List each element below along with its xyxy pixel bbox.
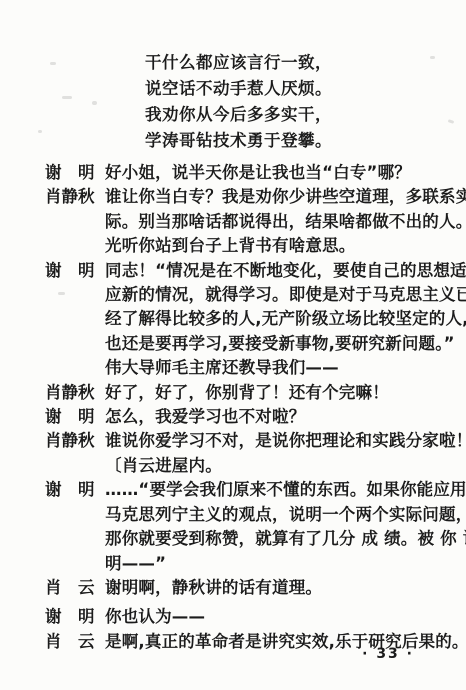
speech-line: 谁说你爱学习不对，是说你把理论和实践分家啦！ xyxy=(105,429,456,453)
speaker-name: 谢 明 xyxy=(45,161,95,185)
speech-line: ……“要学会我们原来不懂的东西。如果你能应用 xyxy=(105,478,456,502)
dialogue-row: 肖静秋谁说你爱学习不对，是说你把理论和实践分家啦！ xyxy=(45,429,456,453)
poem-line: 学涛哥钻技术勇于登攀。 xyxy=(145,128,466,154)
speech-text: 同志！“情况是在不断地变化，要使自己的思想适应新的情况，就得学习。即使是对于马克… xyxy=(105,259,456,381)
speech-text: 好小姐，说半天你是让我也当“白专”哪？ xyxy=(105,161,456,185)
poem-line: 说空话不动手惹人厌烦。 xyxy=(145,76,466,102)
speech-line: 应新的情况，就得学习。即使是对于马克思主义已 xyxy=(105,283,456,307)
scan-artifact xyxy=(92,101,97,105)
scan-artifact xyxy=(50,62,56,65)
dialogue-row: 肖静秋谁让你当白专？我是劝你少讲些空道理，多联系实际。别当那啥话都说得出，结果啥… xyxy=(45,185,456,258)
speech-text: 好了，好了，你别背了！还有个完嘛！ xyxy=(105,381,456,405)
speech-line: 伟大导师毛主席还教导我们—— xyxy=(105,356,456,380)
speech-text: 谁说你爱学习不对，是说你把理论和实践分家啦！ xyxy=(105,429,456,453)
speech-line: 谁让你当白专？我是劝你少讲些空道理，多联系实 xyxy=(105,185,456,209)
speech-line: 明——” xyxy=(105,552,456,576)
dialogue-row: 谢 明……“要学会我们原来不懂的东西。如果你能应用马克思列宁主义的观点，说明一个… xyxy=(45,478,456,576)
dialogue-row: 谢 明怎么，我爱学习也不对啦？ xyxy=(45,405,456,429)
dialogue-row: 谢 明你也认为—— xyxy=(45,605,456,629)
speech-line: 经了解得比较多的人,无产阶级立场比较坚定的人, xyxy=(105,307,456,331)
dialogue-row: 谢 明同志！“情况是在不断地变化，要使自己的思想适应新的情况，就得学习。即使是对… xyxy=(45,259,456,381)
speech-line: 光听你站到台子上背书有啥意思。 xyxy=(105,234,456,258)
speaker-name: 肖静秋 xyxy=(45,381,95,405)
dialogue-row: 肖静秋好了，好了，你别背了！还有个完嘛！ xyxy=(45,381,456,405)
dialogue-row: 谢 明好小姐，说半天你是让我也当“白专”哪？ xyxy=(45,161,456,185)
poem-line: 干什么都应该言行一致， xyxy=(145,50,466,76)
stage-direction-text: 〔肖云进屋内。 xyxy=(105,454,456,478)
scan-artifact xyxy=(58,292,65,295)
poem: 干什么都应该言行一致，说空话不动手惹人厌烦。我劝你从今后多多实干，学涛哥钻技术勇… xyxy=(0,0,466,154)
speech-line: 马克思列宁主义的观点，说明一个两个实际问题， xyxy=(105,503,456,527)
speech-line: 际。别当那啥话都说得出，结果啥都做不出的人。 xyxy=(105,210,456,234)
speaker-name: 谢 明 xyxy=(45,478,95,502)
poem-line: 我劝你从今后多多实干， xyxy=(145,102,466,128)
speech-line: 你也认为—— xyxy=(105,605,456,629)
speech-text: 谁让你当白专？我是劝你少讲些空道理，多联系实际。别当那啥话都说得出，结果啥都做不… xyxy=(105,185,456,258)
book-page: 干什么都应该言行一致，说空话不动手惹人厌烦。我劝你从今后多多实干，学涛哥钻技术勇… xyxy=(0,0,466,690)
speech-text: ……“要学会我们原来不懂的东西。如果你能应用马克思列宁主义的观点，说明一个两个实… xyxy=(105,478,456,576)
speaker-name: 肖 云 xyxy=(45,630,95,654)
scan-artifact xyxy=(62,96,72,99)
page-number: · 33 · xyxy=(362,646,414,662)
speech-line: 怎么，我爱学习也不对啦？ xyxy=(105,405,456,429)
speech-text: 怎么，我爱学习也不对啦？ xyxy=(105,405,456,429)
speech-line: 好了，好了，你别背了！还有个完嘛！ xyxy=(105,381,456,405)
speaker-name: 肖静秋 xyxy=(45,429,95,453)
speech-line: 谢明啊，静秋讲的话有道理。 xyxy=(105,576,456,600)
scan-artifact xyxy=(430,56,435,59)
speaker-name: 谢 明 xyxy=(45,405,95,429)
stage-direction-line: 〔肖云进屋内。 xyxy=(105,454,456,478)
speech-text: 谢明啊，静秋讲的话有道理。 xyxy=(105,576,456,600)
dialogue-row: 肖 云谢明啊，静秋讲的话有道理。 xyxy=(45,576,456,600)
speaker-name: 谢 明 xyxy=(45,605,95,629)
scan-artifact xyxy=(38,130,42,133)
speech-line: 好小姐，说半天你是让我也当“白专”哪？ xyxy=(105,161,456,185)
speech-line: 同志！“情况是在不断地变化，要使自己的思想适 xyxy=(105,259,456,283)
speech-text: 你也认为—— xyxy=(105,605,456,629)
speech-line: 那你就要受到称赞，就算有了几分 成 绩。被 你 说 xyxy=(105,527,456,551)
speaker-name: 肖静秋 xyxy=(45,185,95,209)
stage-direction-row: 〔肖云进屋内。 xyxy=(45,454,456,478)
speaker-name: 肖 云 xyxy=(45,576,95,600)
dialogue: 谢 明好小姐，说半天你是让我也当“白专”哪？肖静秋谁让你当白专？我是劝你少讲些空… xyxy=(0,161,466,654)
speaker-name: 谢 明 xyxy=(45,259,95,283)
speech-line: 也还是要再学习,要接受新事物,要研究新问题。” xyxy=(105,332,456,356)
